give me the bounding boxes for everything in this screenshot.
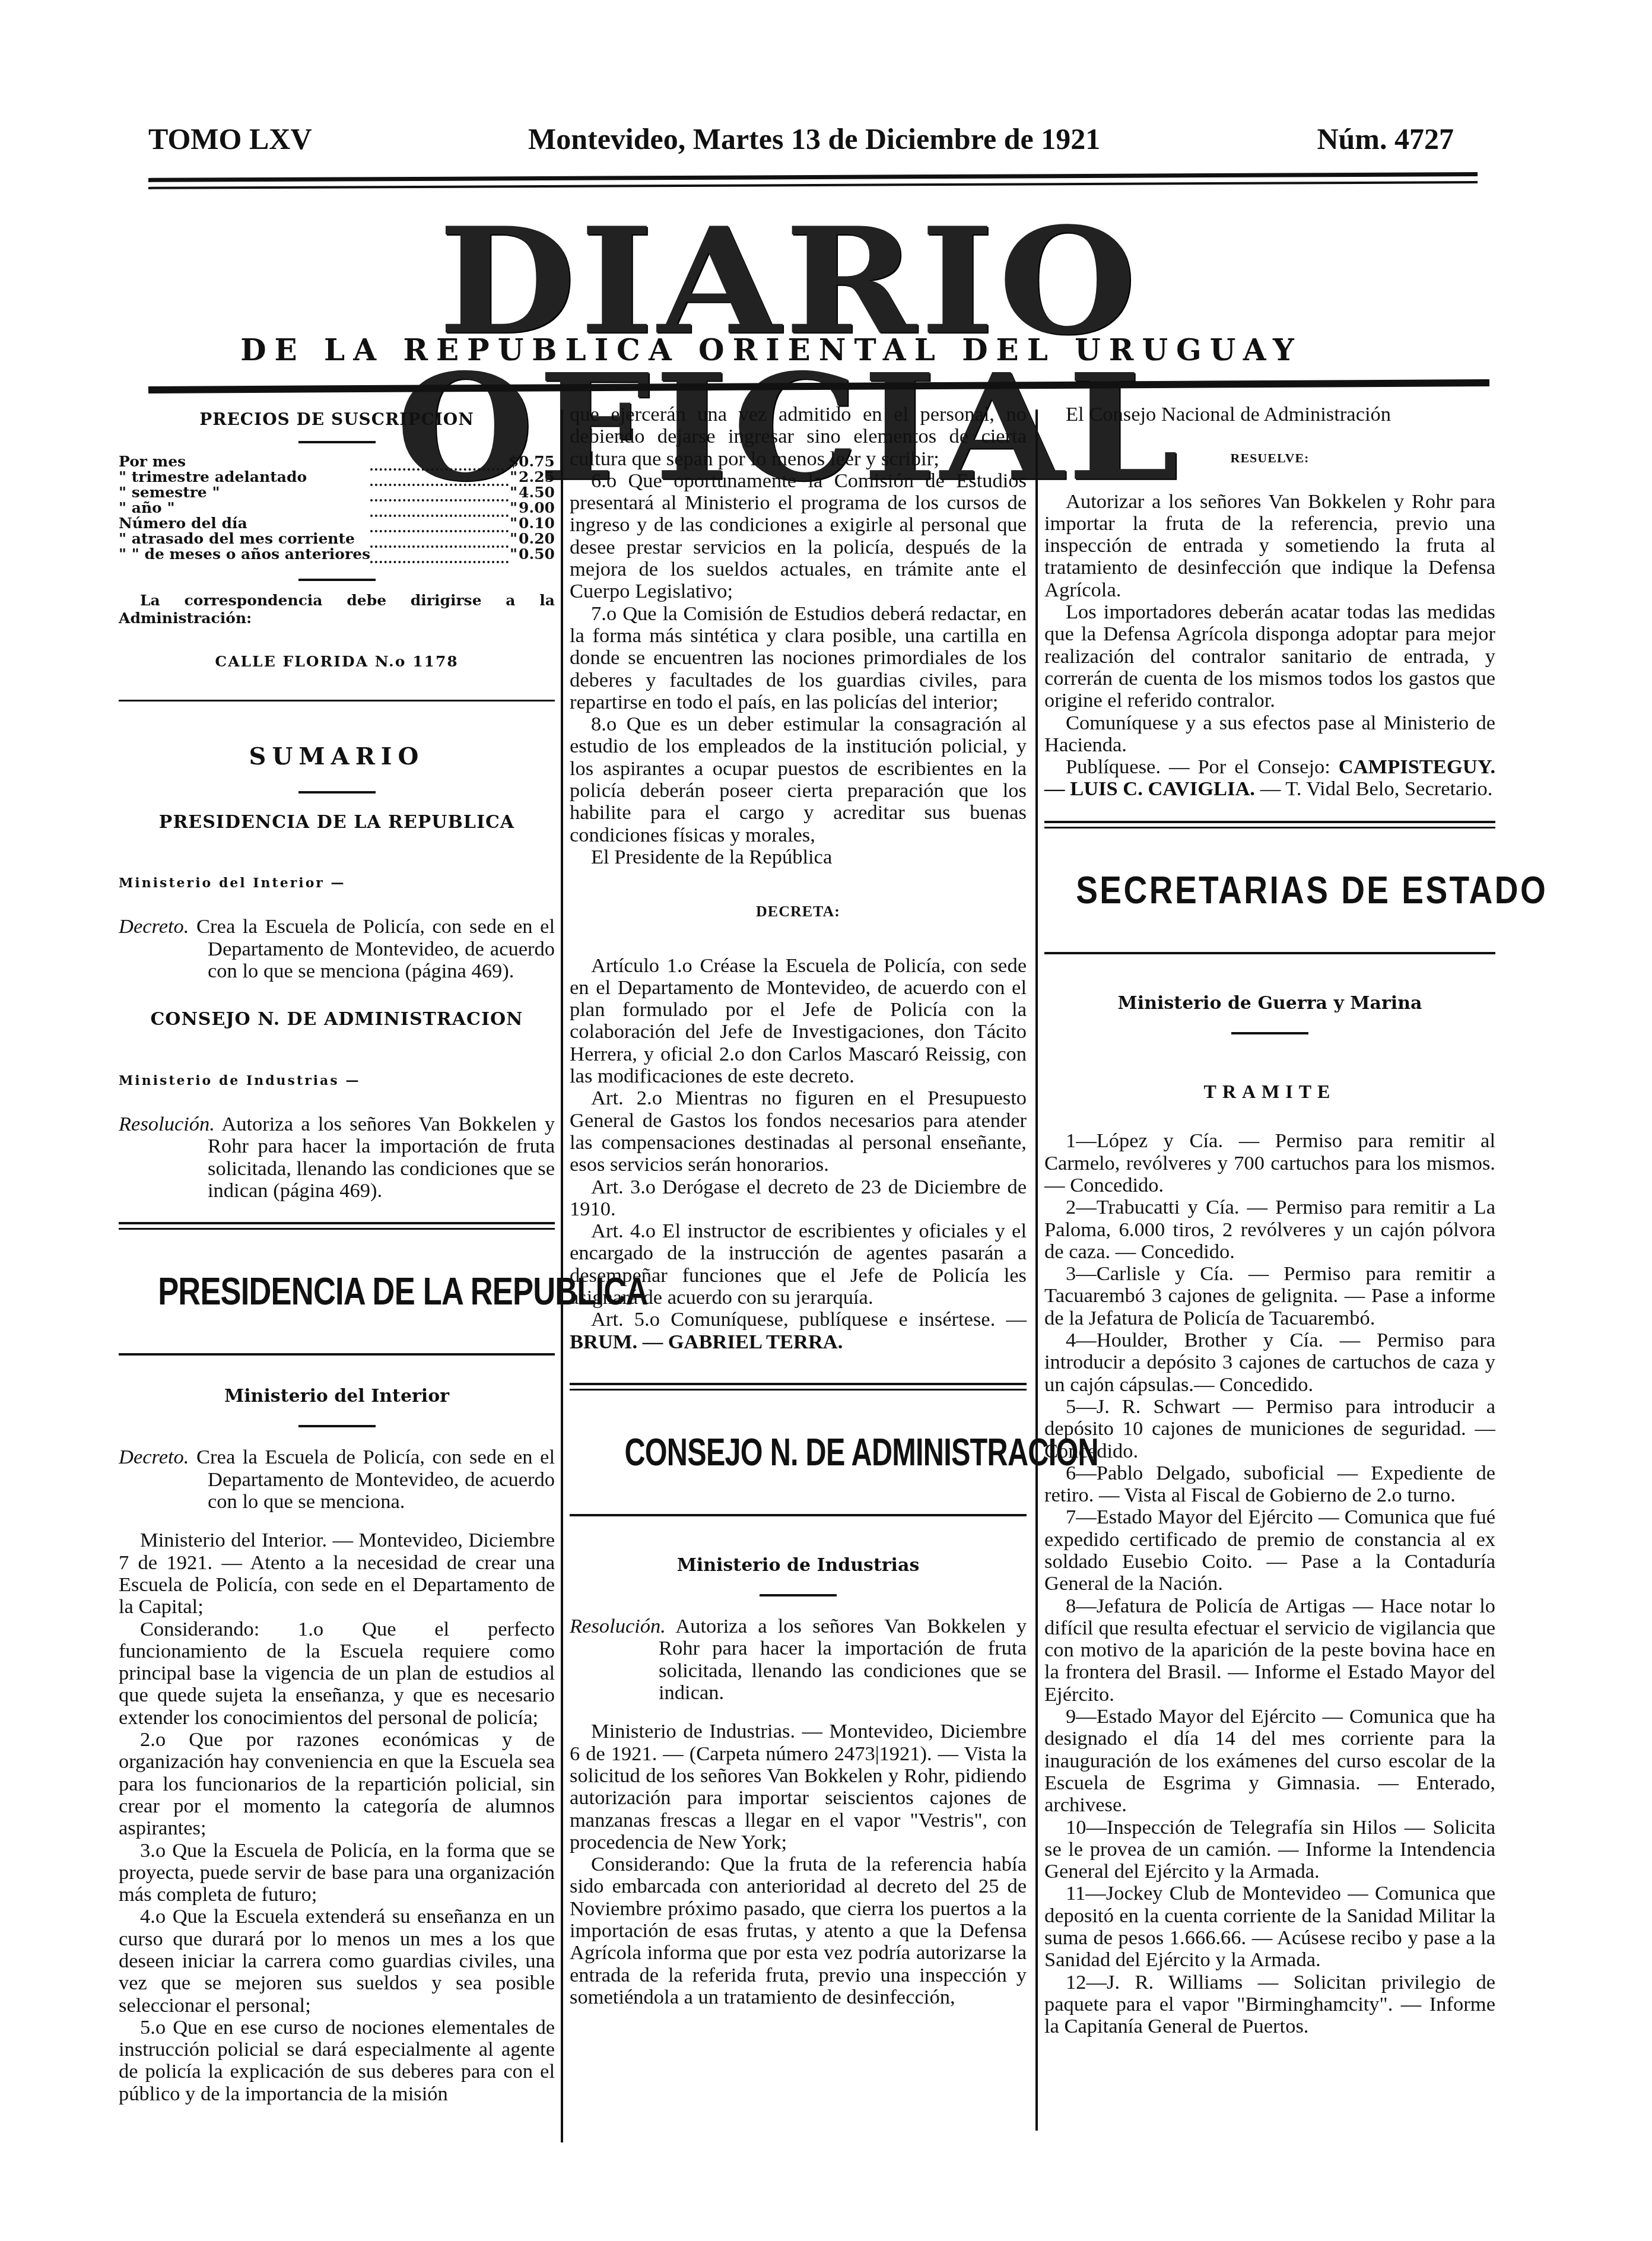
decreta-label: DECRETA: [570,900,1027,922]
dot-leader [370,516,509,531]
consejo-resolution: Autorizar a los señores Van Bokkelen y R… [1044,491,1495,757]
column-left: PRECIOS DE SUSCRIPCION Por mes$0.75" tri… [119,404,555,2105]
final-article: Art. 5.o Comuníquese, publíquese e insér… [570,1309,1027,1353]
paragraph: Autorizar a los señores Van Bokkelen y R… [1044,491,1495,601]
consejo-body: Ministerio de Industrias. — Montevideo, … [570,1721,1027,2008]
price-currency: " [509,547,519,562]
presidencia-summary: Decreto. Crea la Escuela de Policía, con… [119,1446,555,1513]
paragraph: 5.o Que en ese curso de nociones element… [119,2017,555,2105]
price-row: " " de meses o años anteriores"0.50 [119,547,555,562]
subscription-heading: PRECIOS DE SUSCRIPCION [119,408,555,430]
column-middle: que ejercerán una vez admitido en el per… [570,404,1027,2008]
sumario-heading: SUMARIO [119,745,555,767]
signatures: BRUM. — GABRIEL TERRA. [570,1331,843,1353]
consejo-ministry: Ministerio de Industrias [570,1554,1027,1576]
paragraph: 8.o Que es un deber estimular la consagr… [570,713,1027,846]
entry-type: Resolución. [570,1615,666,1637]
price-label: Número del día [119,516,370,531]
price-amount: 2.25 [519,469,555,485]
paragraph: Artículo 1.o Créase la Escuela de Policí… [570,955,1027,1088]
price-currency: " [509,516,519,531]
presidencia-heading: PRESIDENCIA DE LA REPUBLICA [158,1268,516,1315]
paragraph: 3.o Que la Escuela de Policía, en la for… [119,1840,555,1906]
paragraph: 2.o Que por razones económicas y de orga… [119,1729,555,1839]
paragraph: El Consejo Nacional de Administración [1044,404,1495,426]
resuelve-label: RESUELVE: [1044,447,1495,469]
final-article-text: Art. 5.o Comuníquese, publíquese e insér… [591,1308,1027,1331]
price-label: Por mes [119,454,370,469]
dot-leader [370,469,509,485]
paragraph: 9—Estado Mayor del Ejército — Comunica q… [1044,1706,1495,1816]
price-amount: 0.50 [519,547,555,562]
short-rule [298,791,376,793]
price-row: Por mes$0.75 [119,454,555,469]
volume-label: TOMO LXV [148,122,312,156]
paragraph: 12—J. R. Williams — Solicitan privilegio… [1044,1972,1495,2038]
price-amount: 0.75 [519,454,555,469]
tramite-list: 1—López y Cía. — Permiso para remitir al… [1044,1130,1495,2037]
paragraph: 1—López y Cía. — Permiso para remitir al… [1044,1130,1495,1196]
address: CALLE FLORIDA N.o 1178 [119,650,555,672]
dateline: Montevideo, Martes 13 de Diciembre de 19… [528,122,1100,156]
short-rule [298,1425,376,1427]
price-label: " año " [119,500,370,516]
presidencia-body-continued: que ejercerán una vez admitido en el per… [570,404,1027,868]
section-rule [119,1353,555,1356]
entry-text: Crea la Escuela de Policía, con sede en … [196,915,555,982]
section-rule [570,1383,1027,1385]
column-right: El Consejo Nacional de Administración RE… [1044,404,1495,2038]
section-rule [1044,827,1495,829]
paragraph: 10—Inspección de Telegrafía sin Hilos — … [1044,1817,1495,1883]
paragraph: Considerando: 1.o Que el perfecto funcio… [119,1618,555,1729]
section-rule [119,1228,555,1230]
section-rule [1044,821,1495,823]
dot-leader [370,547,509,562]
paragraph: Art. 4.o El instructor de escribientes y… [570,1220,1027,1309]
paragraph: 5—J. R. Schwart — Permiso para introduci… [1044,1396,1495,1462]
sumario-entry: Resolución. Autoriza a los señores Van B… [119,1113,555,1202]
section-rule [119,1222,555,1224]
dot-leader [370,454,509,469]
short-rule [1231,1032,1308,1034]
entry-type: Decreto. [119,1446,189,1468]
price-currency: $ [509,454,519,469]
consejo-heading: CONSEJO N. DE ADMINISTRACION [624,1429,971,1476]
paragraph: 4.o Que la Escuela extenderá su enseñanz… [119,1906,555,2016]
paragraph: 6.o Que oportunamente la Comisión de Est… [570,470,1027,603]
price-row: " trimestre adelantado"2.25 [119,469,555,485]
paragraph: El Presidente de la República [570,846,1027,868]
secretarias-ministry: Ministerio de Guerra y Marina [1044,992,1495,1014]
closing-secretary: — T. Vidal Belo, Secretario. [1260,777,1493,800]
section-rule [570,1389,1027,1391]
tramite-heading: TRAMITE [1044,1081,1495,1103]
secretarias-heading: SECRETARIAS DE ESTADO [1076,866,1464,914]
price-currency: " [509,469,519,485]
price-row: " año ""9.00 [119,500,555,516]
paragraph: Art. 3.o Derógase el decreto de 23 de Di… [570,1176,1027,1221]
price-amount: 0.20 [519,531,555,547]
paragraph: Comuníquese y a sus efectos pase al Mini… [1044,712,1495,757]
masthead-rule-top-1 [148,172,1478,182]
paragraph: Ministerio de Industrias. — Montevideo, … [570,1721,1027,1853]
paragraph: 7—Estado Mayor del Ejército — Comunica q… [1044,1506,1495,1595]
masthead-rule-top-2 [148,181,1478,189]
dot-leader [370,500,509,516]
paragraph: 4—Houlder, Brother y Cía. — Permiso para… [1044,1329,1495,1396]
entry-text: Autoriza a los señores Van Bokkelen y Ro… [659,1615,1027,1704]
price-amount: 9.00 [519,500,555,516]
price-currency: " [509,485,519,500]
sumario-ministry: Ministerio del Interior — [119,872,555,894]
subscription-price-table: Por mes$0.75" trimestre adelantado"2.25"… [119,454,555,563]
dot-leader [370,485,509,500]
short-rule [298,441,376,443]
price-currency: " [509,531,519,547]
section-rule [119,700,555,701]
correspondence-note: La correspondencia debe dirigirse a la A… [119,592,555,627]
paragraph: 3—Carlisle y Cía. — Permiso para remitir… [1044,1263,1495,1329]
price-row: " semestre ""4.50 [119,485,555,500]
price-row: Número del día"0.10 [119,516,555,531]
paragraph: Art. 2.o Mientras no figuren en el Presu… [570,1087,1027,1176]
presidencia-ministry: Ministerio del Interior [119,1385,555,1407]
consejo-summary: Resolución. Autoriza a los señores Van B… [570,1615,1027,1704]
price-currency: " [509,500,519,516]
sumario-ministry: Ministerio de Industrias — [119,1070,555,1092]
sumario-section-title: CONSEJO N. DE ADMINISTRACION [119,1008,555,1030]
newspaper-subtitle: DE LA REPUBLICA ORIENTAL DEL URUGUAY [119,332,1424,367]
section-rule [1044,952,1495,954]
masthead-top-line: TOMO LXV Montevideo, Martes 13 de Diciem… [148,122,1460,169]
closing-prefix: Publíquese. — Por el Consejo: [1066,756,1330,778]
short-rule [760,1594,837,1596]
presidencia-articles: Artículo 1.o Créase la Escuela de Policí… [570,955,1027,1309]
paragraph: 11—Jockey Club de Montevideo — Comunica … [1044,1883,1495,1971]
section-rule [570,1514,1027,1516]
short-rule [298,579,376,581]
column-divider-right [1035,410,1038,2131]
sumario-section-title: PRESIDENCIA DE LA REPUBLICA [119,811,555,833]
presidencia-body: Ministerio del Interior. — Montevideo, D… [119,1529,555,2105]
paragraph: Ministerio del Interior. — Montevideo, D… [119,1529,555,1618]
paragraph: 7.o Que la Comisión de Estudios deberá r… [570,603,1027,713]
paragraph: 8—Jefatura de Policía de Artigas — Hace … [1044,1595,1495,1706]
consejo-closing: Publíquese. — Por el Consejo: CAMPISTEGU… [1044,756,1495,801]
price-label: " atrasado del mes corriente [119,531,370,547]
entry-type: Decreto. [119,915,189,938]
paragraph: que ejercerán una vez admitido en el per… [570,404,1027,470]
dot-leader [370,531,509,547]
entry-text: Crea la Escuela de Policía, con sede en … [196,1446,555,1513]
sumario-entry: Decreto. Crea la Escuela de Policía, con… [119,916,555,982]
entry-text: Autoriza a los señores Van Bokkelen y Ro… [208,1113,555,1202]
paragraph: 2—Trabucatti y Cía. — Permiso para remit… [1044,1196,1495,1263]
issue-number: Núm. 4727 [1317,122,1454,156]
price-amount: 0.10 [519,516,555,531]
paragraph: Los importadores deberán acatar todas la… [1044,601,1495,712]
entry-type: Resolución. [119,1113,215,1135]
consejo-body-continued: El Consejo Nacional de Administración [1044,404,1495,426]
price-row: " atrasado del mes corriente"0.20 [119,531,555,547]
paragraph: 6—Pablo Delgado, suboficial — Expediente… [1044,1462,1495,1507]
price-amount: 4.50 [519,485,555,500]
price-label: " trimestre adelantado [119,469,370,485]
price-label: " semestre " [119,485,370,500]
paragraph: Considerando: Que la fruta de la referen… [570,1853,1027,2008]
price-label: " " de meses o años anteriores [119,547,370,562]
